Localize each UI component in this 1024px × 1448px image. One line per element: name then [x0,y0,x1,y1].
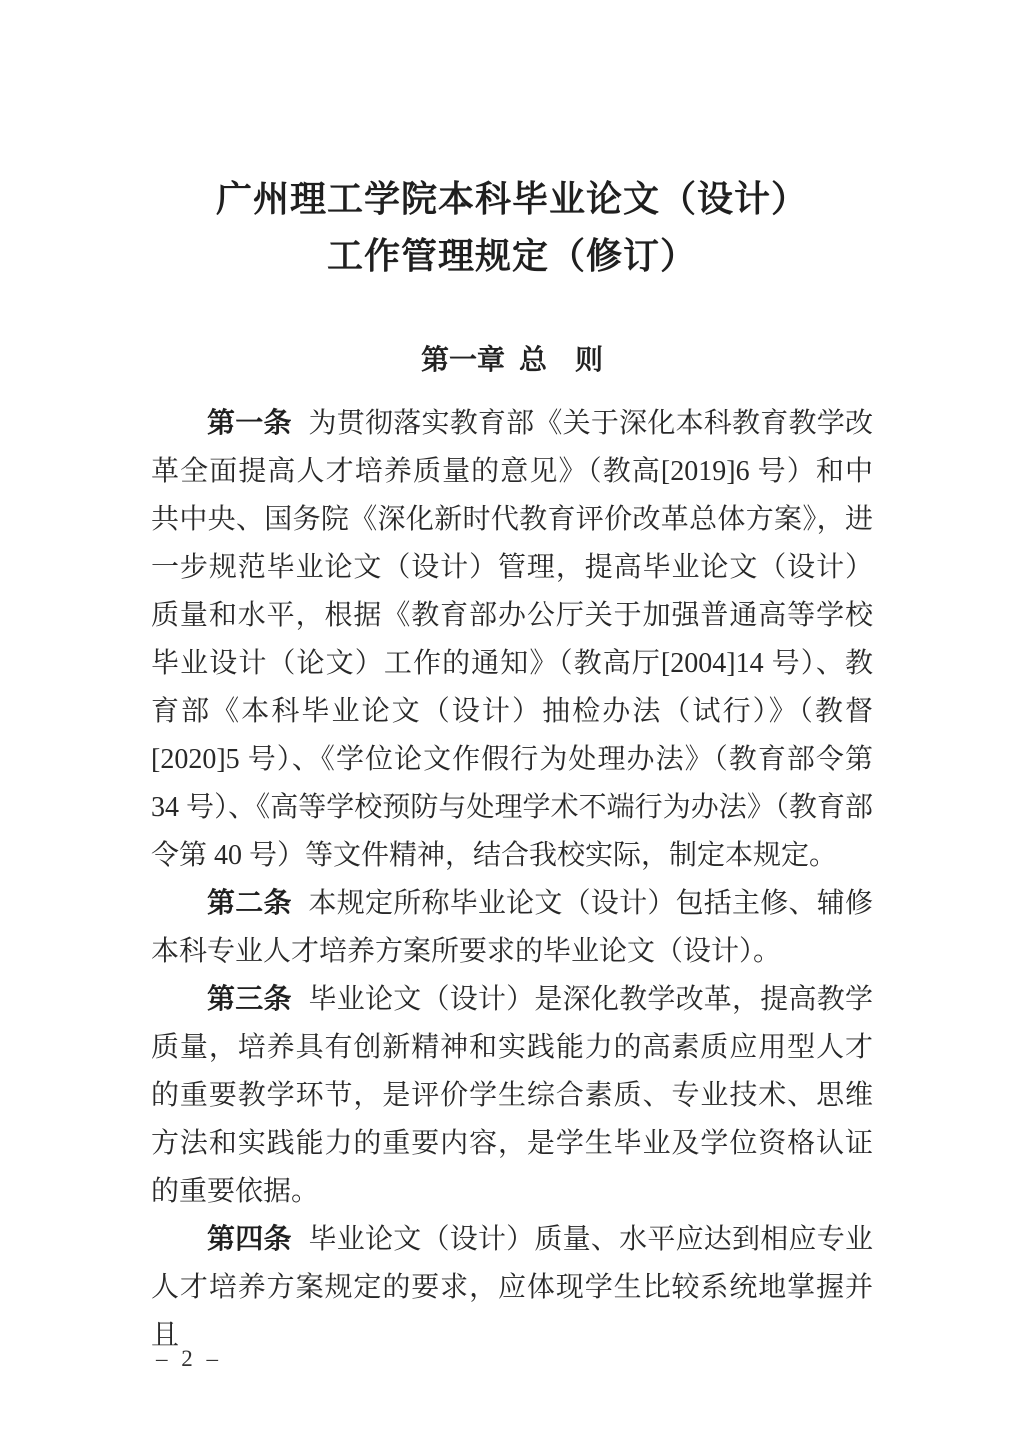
title-line-1: 广州理工学院本科毕业论文（设计） [0,170,1024,227]
article-paragraph-2: 第二条本规定所称毕业论文（设计）包括主修、辅修本科专业人才培养方案所要求的毕业论… [151,880,873,976]
article-paragraph-3: 第三条毕业论文（设计）是深化教学改革，提高教学质量，培养具有创新精神和实践能力的… [151,976,873,1216]
title-line-2: 工作管理规定（修订） [0,227,1024,284]
document-page: 广州理工学院本科毕业论文（设计） 工作管理规定（修订） 第一章总 则 第一条为贯… [0,0,1024,1448]
article-3-number: 第三条 [207,984,292,1015]
article-3-text: 毕业论文（设计）是深化教学改革，提高教学质量，培养具有创新精神和实践能力的高素质… [151,984,873,1207]
article-2-number: 第二条 [207,888,292,919]
article-paragraph-1: 第一条为贯彻落实教育部《关于深化本科教育教学改革全面提高人才培养质量的意见》（教… [151,400,873,880]
chapter-title: 总 则 [519,344,603,375]
chapter-number: 第一章 [421,344,505,375]
article-1-text: 为贯彻落实教育部《关于深化本科教育教学改革全面提高人才培养质量的意见》（教高[2… [151,408,873,871]
article-4-number: 第四条 [207,1224,292,1255]
page-number: – 2 – [156,1346,222,1372]
document-title: 广州理工学院本科毕业论文（设计） 工作管理规定（修订） [0,170,1024,284]
chapter-heading: 第一章总 则 [0,340,1024,380]
article-paragraph-4: 第四条毕业论文（设计）质量、水平应达到相应专业人才培养方案规定的要求，应体现学生… [151,1216,873,1360]
document-body: 第一条为贯彻落实教育部《关于深化本科教育教学改革全面提高人才培养质量的意见》（教… [151,400,873,1360]
article-1-number: 第一条 [207,408,292,439]
